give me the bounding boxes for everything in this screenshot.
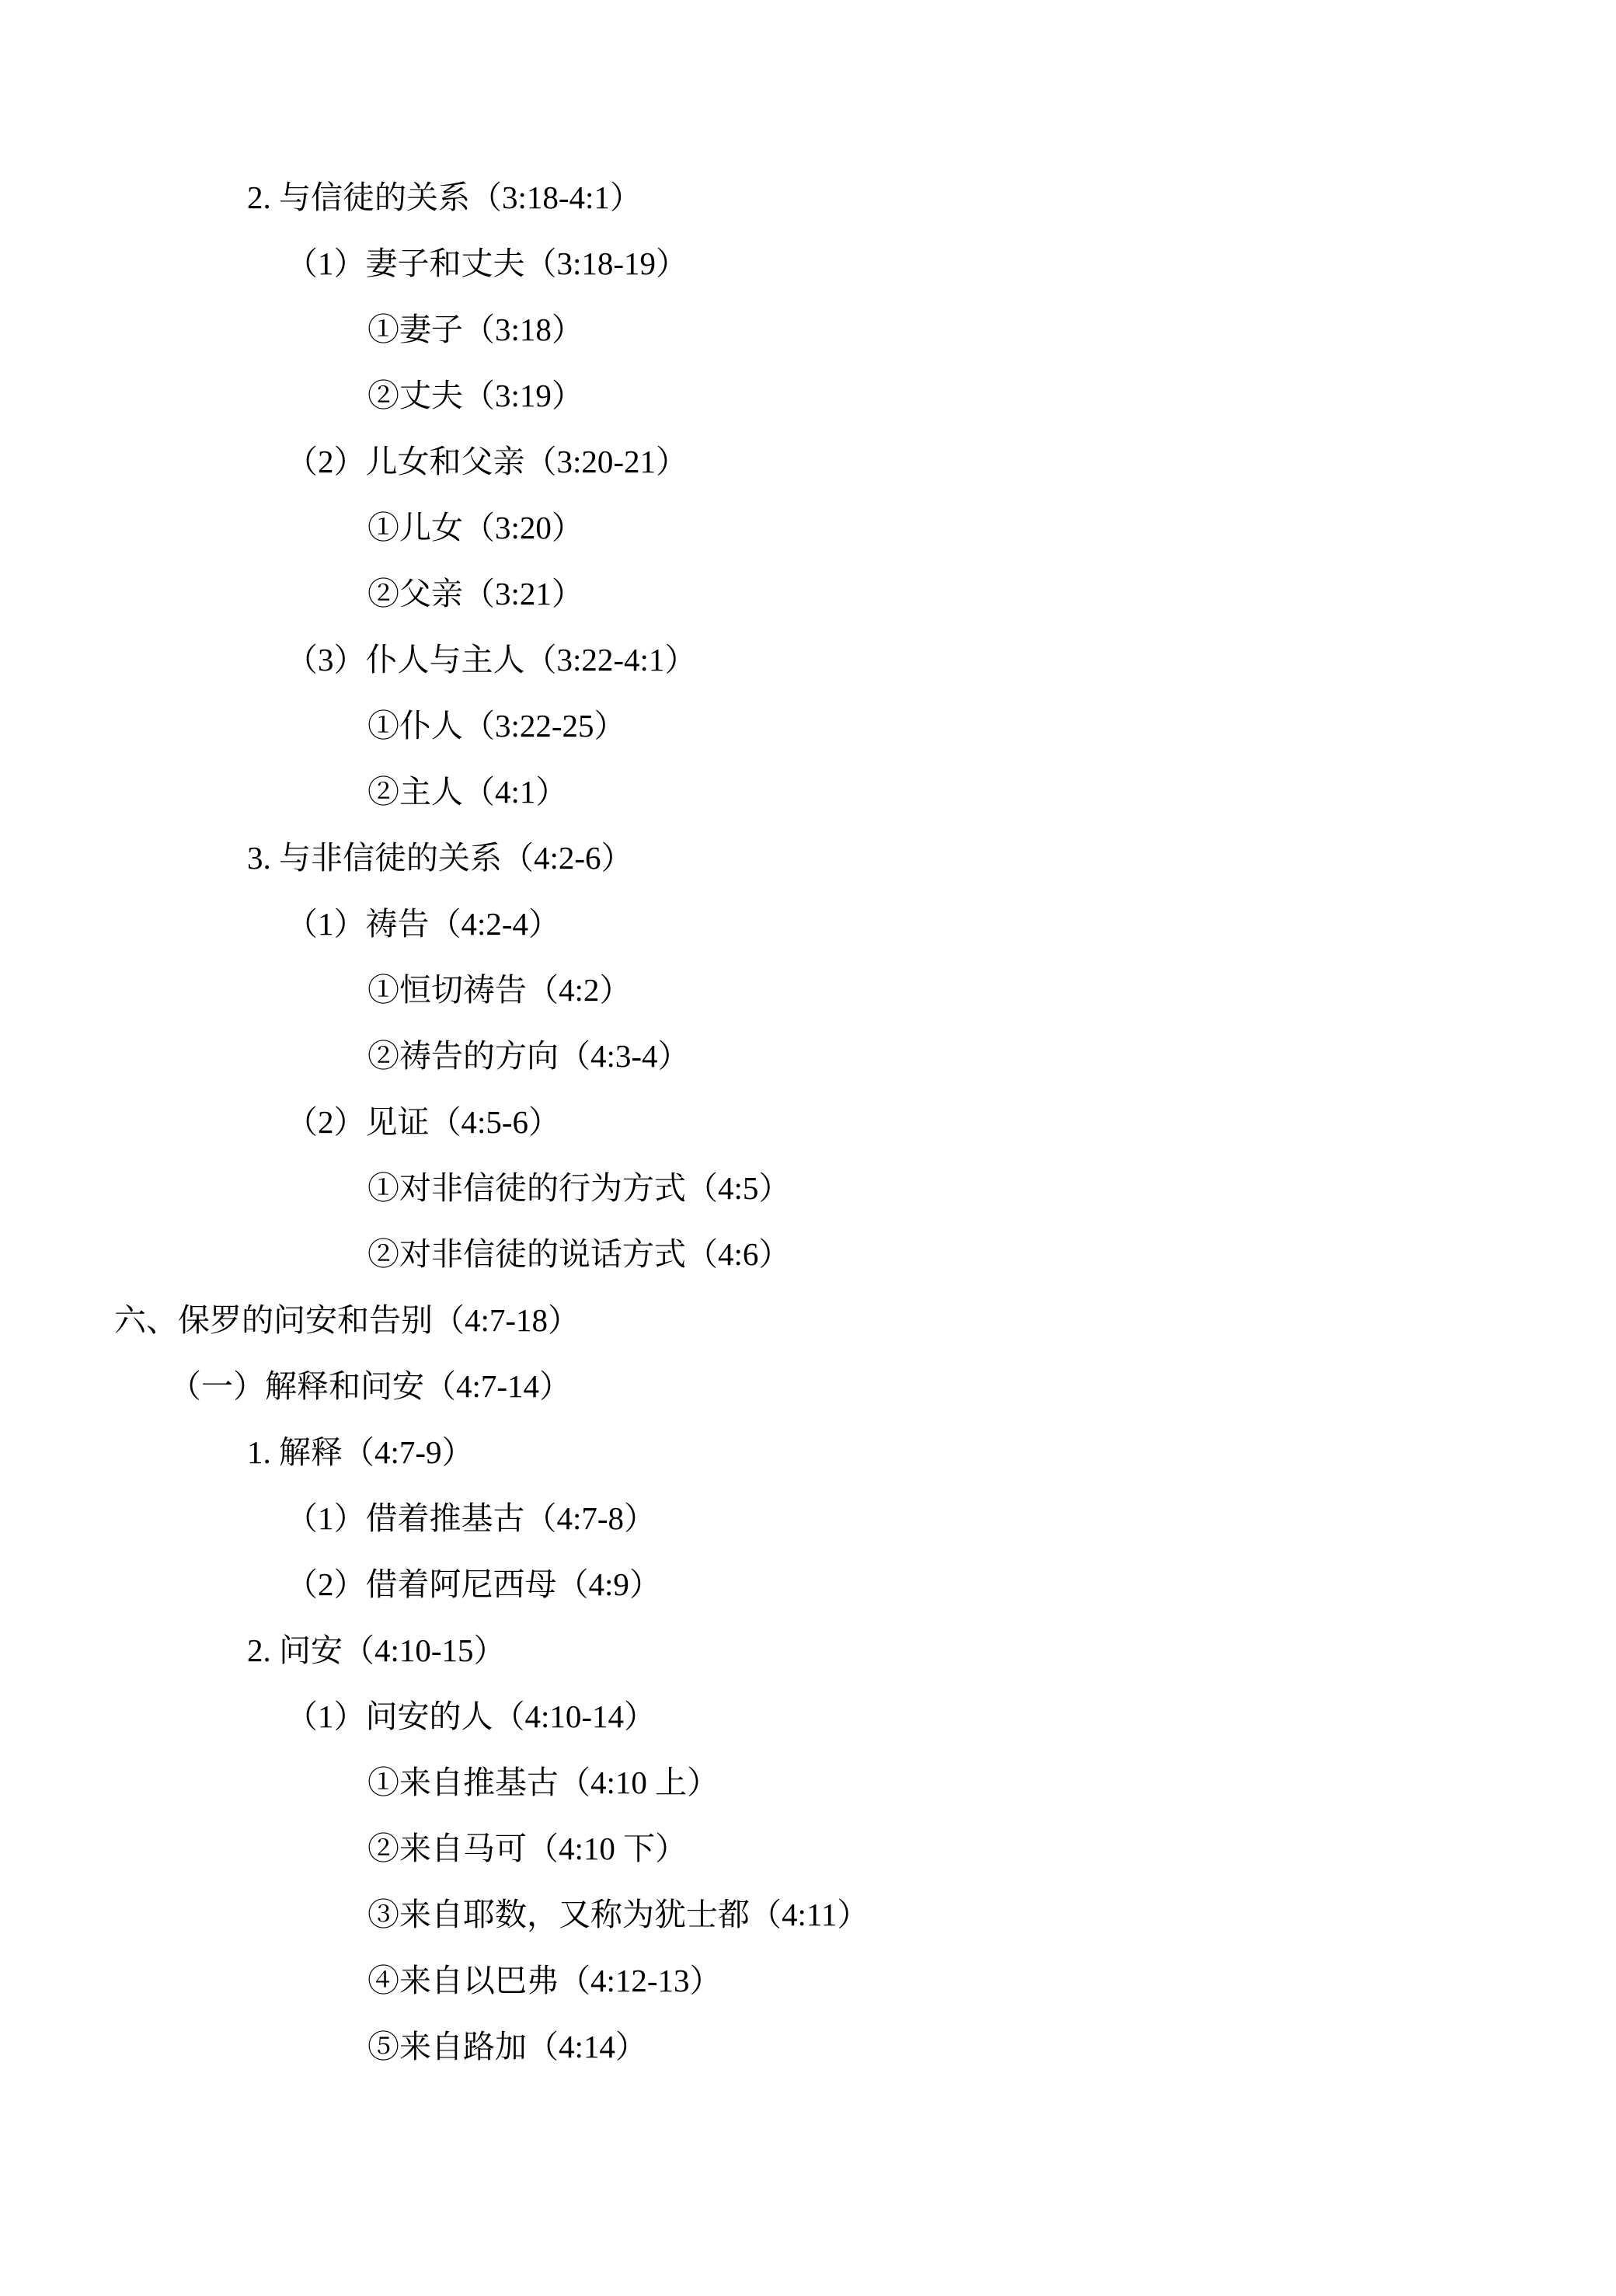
- outline-line: ②父亲（3:21）: [0, 561, 1616, 627]
- outline-line: ②主人（4:1）: [0, 759, 1616, 825]
- outline-line: ①恒切祷告（4:2）: [0, 957, 1616, 1023]
- outline-line: （3）仆人与主人（3:22-4:1）: [0, 627, 1616, 693]
- outline-line: ②祷告的方向（4:3-4）: [0, 1023, 1616, 1089]
- outline-line: ④来自以巴弗（4:12-13）: [0, 1948, 1616, 2014]
- outline-line: 六、保罗的问安和告别（4:7-18）: [0, 1287, 1616, 1354]
- outline-line: ⑤来自路加（4:14）: [0, 2014, 1616, 2080]
- outline-line: 1. 解释（4:7-9）: [0, 1420, 1616, 1486]
- outline-line: 2. 与信徒的关系（3:18-4:1）: [0, 165, 1616, 231]
- outline-line: （2）儿女和父亲（3:20-21）: [0, 429, 1616, 495]
- outline-line: ②对非信徒的说话方式（4:6）: [0, 1221, 1616, 1287]
- outline-line: ③来自耶数，又称为犹士都（4:11）: [0, 1882, 1616, 1948]
- outline-line: ①儿女（3:20）: [0, 495, 1616, 561]
- outline-line: （1）妻子和丈夫（3:18-19）: [0, 231, 1616, 297]
- outline-line: ②来自马可（4:10 下）: [0, 1816, 1616, 1882]
- outline-list: 2. 与信徒的关系（3:18-4:1）（1）妻子和丈夫（3:18-19）①妻子（…: [0, 0, 1616, 2080]
- outline-line: 2. 问安（4:10-15）: [0, 1618, 1616, 1684]
- outline-line: （1）祷告（4:2-4）: [0, 891, 1616, 957]
- outline-line: ①妻子（3:18）: [0, 297, 1616, 363]
- outline-line: ②丈夫（3:19）: [0, 363, 1616, 429]
- outline-line: （一）解释和问安（4:7-14）: [0, 1354, 1616, 1420]
- outline-line: （1）借着推基古（4:7-8）: [0, 1486, 1616, 1552]
- outline-line: ①仆人（3:22-25）: [0, 693, 1616, 759]
- outline-line: （1）问安的人（4:10-14）: [0, 1684, 1616, 1750]
- document-page: 2. 与信徒的关系（3:18-4:1）（1）妻子和丈夫（3:18-19）①妻子（…: [0, 0, 1616, 2296]
- outline-line: ①对非信徒的行为方式（4:5）: [0, 1155, 1616, 1221]
- outline-line: （2）借着阿尼西母（4:9）: [0, 1552, 1616, 1618]
- outline-line: ①来自推基古（4:10 上）: [0, 1750, 1616, 1816]
- outline-line: （2）见证（4:5-6）: [0, 1089, 1616, 1155]
- outline-line: 3. 与非信徒的关系（4:2-6）: [0, 825, 1616, 891]
